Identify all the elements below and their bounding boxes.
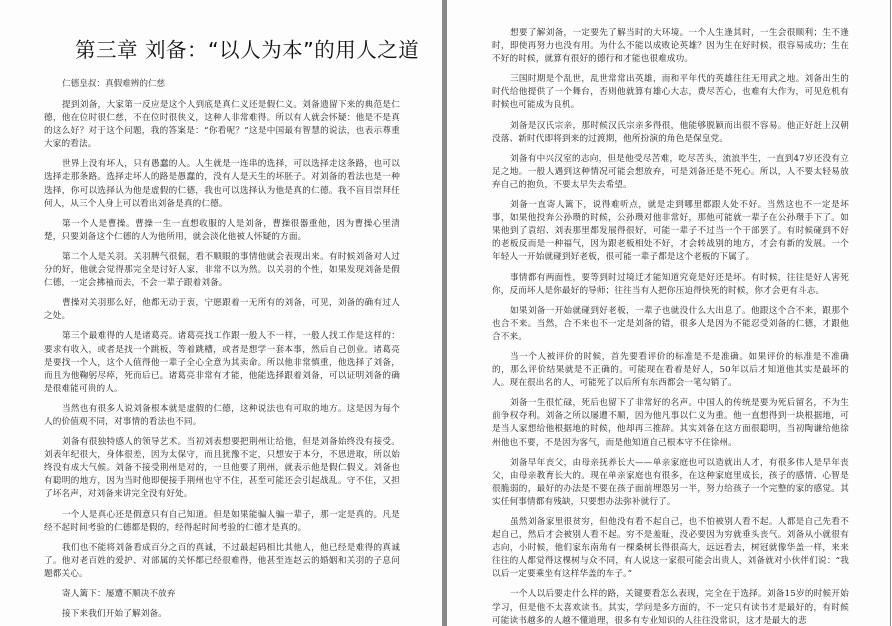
paragraph: 刘备早年丧父，由母亲抚养长大——单亲家庭也可以造就出人才，有很多伟人是早年丧父，…: [492, 457, 849, 509]
paragraph: 当一个人被评价的时候，首先要看评价的标准是不是准确。如果评价的标准是不准确的，那…: [492, 351, 849, 390]
left-page: 第三章 刘备：“以人为本”的用人之道 仁德皇叔：真假难辨的仁慈 提到刘备，大家第…: [0, 0, 442, 626]
paragraph: 虽然刘备家里很贫穷，但他没有看不起自己，也不怕被别人看不起。人都是自己先看不起自…: [492, 516, 849, 581]
paragraph: 接下来我们开始了解刘备。: [44, 608, 400, 621]
paragraph: 刘备有很独特感人的领导艺术。当初刘表想要把荆州让给他，但是刘备始终没有接受。刘表…: [44, 436, 400, 501]
paragraph: 事情都有两面性，要等到时过境迁才能知道究竟是好还是坏。有时候，往往是好人害死你，…: [492, 272, 849, 298]
paragraph: 刘备有中兴汉室的志向，但是他受尽苦难，吃尽苦头，流浪半生，一直到47岁还没有立足…: [492, 153, 849, 192]
paragraph: 想要了解刘备，一定要先了解当时的大环境。一个人生逢其时，一生会很顺利；生不逢时，…: [492, 27, 849, 66]
paragraph: 刘备一直寄人篱下，说得难听点，就是走到哪里都跟人处不好。当然这也不一定是坏事，如…: [492, 199, 849, 264]
paragraph: 世界上没有坏人，只有愚蠢的人。人生就是一连串的选择，可以选择走这条路，也可以选择…: [44, 158, 400, 210]
right-page: 想要了解刘备，一定要先了解当时的大环境。一个人生逢其时，一生会很顺利；生不逢时，…: [447, 0, 891, 626]
paragraph: 第二个人是关羽。关羽脾气很倔，看不顺眼的事情他就会表现出来。有时候刘备对人过分的…: [44, 251, 400, 290]
paragraph: 第三个最难得的人是诸葛亮。诸葛亮找工作跟一般人不一样，一般人找工作是这样的：要求…: [44, 330, 400, 395]
paragraph: 第一个人是曹操。曹操一生一直想收服的人是刘备，曹操很器重他，因为曹操心里清楚，只…: [44, 218, 400, 244]
paragraph: 刘备是汉氏宗亲，那时候汉氏宗亲多得很，他能够脱颖而出很不容易。他正好赶上汉朝没落…: [492, 120, 849, 146]
paragraph: 一个人以后要走什么样的路，关键要看怎么表现，完全在于选择。刘备15岁的时候开始学…: [492, 588, 849, 626]
section-heading-2: 寄人篱下：屡遭不顺决不放弃: [44, 588, 400, 601]
left-page-content: 第三章 刘备：“以人为本”的用人之道 仁德皇叔：真假难辨的仁慈 提到刘备，大家第…: [44, 0, 400, 621]
paragraph: 如果刘备一开始就碰到好老板，一辈子也就没什么大出息了。他跟这个合不来，跟那个也合…: [492, 305, 849, 344]
paragraph: 三国时期是个乱世，乱世常常出英雄，而和平年代的英雄往往无用武之地。刘备出生的时代…: [492, 73, 849, 112]
section-heading: 仁德皇叔：真假难辨的仁慈: [44, 78, 400, 91]
paragraph: 当然也有很多人说刘备根本就是虚假的仁德，这种说法也有可取的地方。这是因为每个人的…: [44, 403, 400, 429]
paragraph: 提到刘备，大家第一反应是这个人到底是真仁义还是假仁义。刘备遗留下来的典范是仁德，…: [44, 99, 400, 151]
right-page-content: 想要了解刘备，一定要先了解当时的大环境。一个人生逢其时，一生会很顺利；生不逢时，…: [492, 27, 849, 626]
paragraph: 刘备一生很忙碌，死后也留下了非常好的名声。中国人的传统是要为死后留名，不为生前争…: [492, 397, 849, 449]
paragraph: 我们也不能将刘备看成百分之百的真诚，不过最起码相比其他人，他已经是难得的真诚了。…: [44, 542, 400, 581]
paragraph: 曹操对关羽那么好，他都无动于衷，宁愿跟着一无所有的刘备，可见，刘备的确有过人之处…: [44, 297, 400, 323]
chapter-title: 第三章 刘备：“以人为本”的用人之道: [75, 36, 400, 64]
paragraph: 一个人是真心还是假意只有自己知道。但是如果能骗人骗一辈子，那一定是真的。凡是经不…: [44, 509, 400, 535]
two-page-spread: 第三章 刘备：“以人为本”的用人之道 仁德皇叔：真假难辨的仁慈 提到刘备，大家第…: [0, 0, 892, 626]
